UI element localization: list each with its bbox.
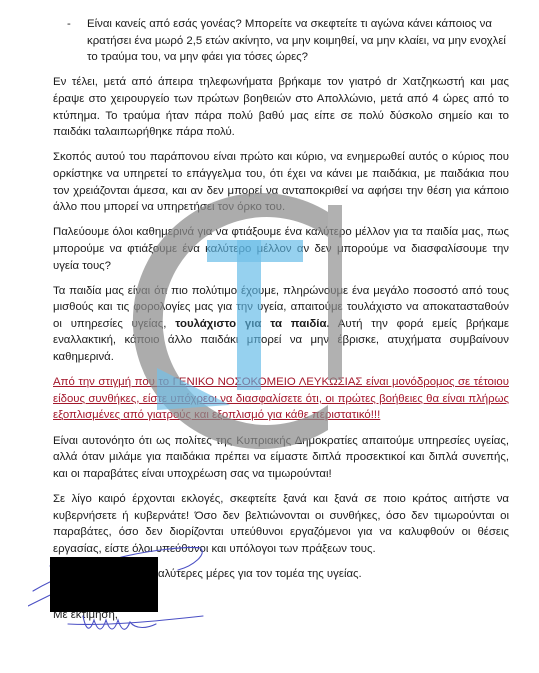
bullet-text: Είναι κανείς από εσάς γονέας? Μπορείτε ν… — [87, 16, 509, 66]
paragraph-children-bold: τουλάχιστο για τα παιδία. — [175, 318, 329, 330]
paragraph-purpose: Σκοπός αυτού του παράπονου είναι πρώτο κ… — [53, 149, 509, 215]
paragraph-future: Παλεύουμε όλοι καθημερινά για να φτιάξου… — [53, 224, 509, 274]
paragraph-citizens: Είναι αυτονόητο ότι ως πολίτες της Κυπρι… — [53, 433, 509, 483]
redacted-name-block — [50, 557, 158, 612]
bullet-item: - Είναι κανείς από εσάς γονέας? Μπορείτε… — [53, 16, 509, 66]
bullet-dash: - — [53, 16, 87, 66]
paragraph-doctor: Εν τέλει, μετά από άπειρα τηλεφωνήματα β… — [53, 74, 509, 140]
document-page: - Είναι κανείς από εσάς γονέας? Μπορείτε… — [0, 0, 539, 673]
paragraph-hospital-demand: Από την στιγμή που το ΓΕΝΙΚΟ ΝΟΣΟΚΟΜΕΙΟ … — [53, 374, 509, 424]
paragraph-children-health: Τα παιδία μας είναι ότι πιο πολύτιμο έχο… — [53, 283, 509, 366]
